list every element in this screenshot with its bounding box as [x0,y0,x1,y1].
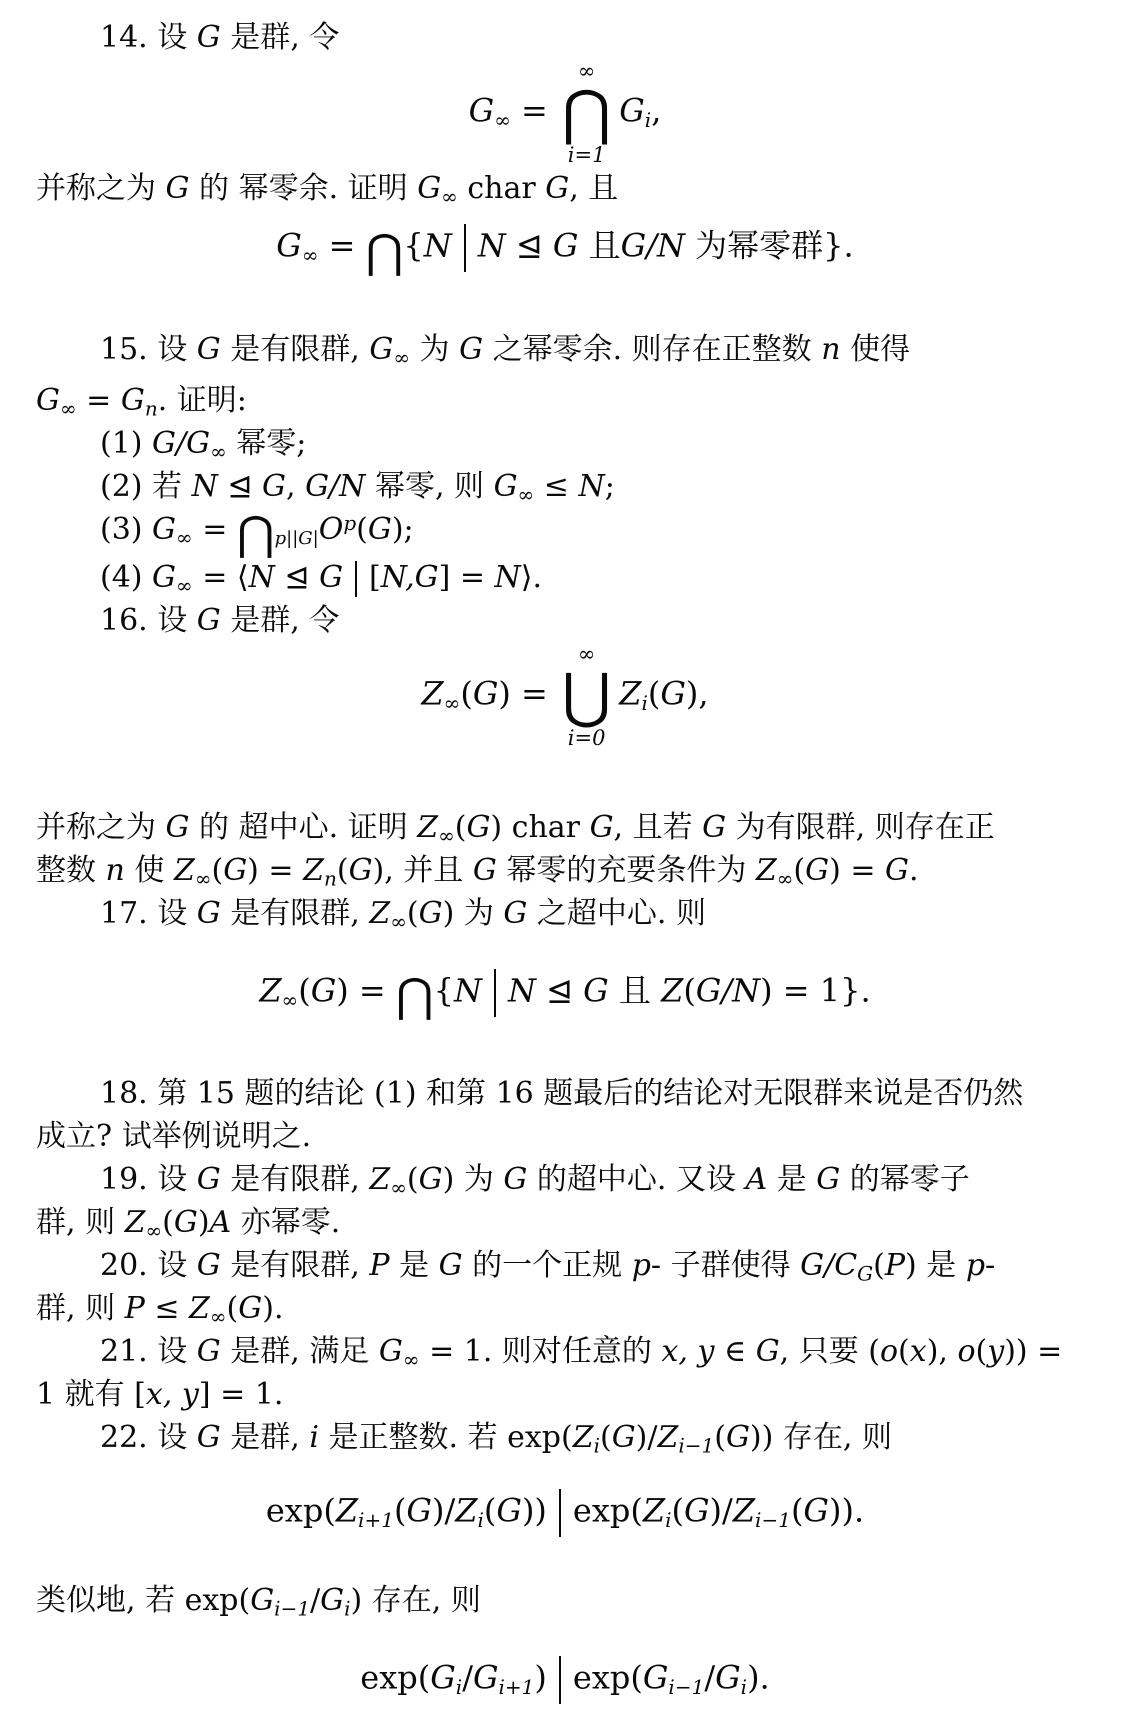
text-run: ( [600,1420,612,1455]
math-variable: G [545,171,569,206]
text-run: = 1. 则对任意的 [420,1334,662,1369]
math-variable: Z [657,1420,678,1455]
math-variable: N [478,227,506,265]
text-run: 使得 [841,332,911,367]
math-variable: G [197,603,221,638]
math-variable: N [249,560,275,595]
text-run: ) char [490,810,589,845]
math-variable: G [473,1659,499,1697]
text-run: . 证明: [158,383,247,418]
text-run: ) = [498,674,558,712]
math-variable: G [368,512,392,547]
text-run: ( [298,971,310,1009]
text-line: 类似地, 若 exp(Gi−1/Gi) 存在, 则 [36,1579,1094,1622]
math-variable: G [473,674,499,712]
text-run: ⊴ [506,227,553,265]
math-variable: G [174,1205,198,1240]
math-variable: G [417,171,441,206]
math-variable: G [223,853,247,888]
math-variable: G [276,227,302,265]
text-run: 成立? 试举例说明之. [36,1119,311,1154]
math-variable: G [379,1334,403,1369]
text-run: 20. 设 [100,1248,197,1283]
text-run: ) = [247,853,303,888]
math-variable: Z [174,853,195,888]
math-subscript: i−1 [755,1508,791,1532]
text-run: , 只要 ( [780,1334,880,1369]
math-variable: Z [421,674,443,712]
text-run: / [704,1659,715,1697]
math-variable: G [885,853,909,888]
math-variable: A [746,1162,768,1197]
text-run: exp( [573,1659,643,1697]
math-variable: Z [369,1162,390,1197]
text-run: ) = 1}. [760,971,871,1009]
n-ary-intersection-icon: ⋂ [237,506,275,560]
text-run: 21. 设 [100,1334,197,1369]
math-variable: G [583,971,609,1009]
text-run: (3) [100,512,152,547]
math-variable: G [238,1291,262,1326]
text-run: 是有限群, [221,1162,370,1197]
math-variable: G [473,853,497,888]
text-run: 群, 则 [36,1291,125,1326]
math-variable: Z [661,971,683,1009]
text-run: ( [648,674,660,712]
vertical-bar-divider [494,969,496,1017]
text-run: ) [534,1659,546,1697]
text-line: 21. 设 G 是群, 满足 G∞ = 1. 则对任意的 x, y ∈ G, 只… [36,1330,1094,1373]
text-line: (3) G∞ = ⋂p||G|Op(G); [36,508,1094,556]
big-operator: ∞⋃i=0 [562,642,611,750]
math-variable: G/C [800,1248,857,1283]
math-variable: G [805,853,829,888]
math-subscript: ∞ [176,573,193,597]
math-variable: G [166,171,190,206]
text-run: (2) 若 [100,469,192,504]
text-run: ( [672,1492,684,1530]
text-run: ), 并且 [373,853,473,888]
text-run: exp( [360,1659,430,1697]
math-variable: G [494,469,518,504]
math-subscript: i+1 [358,1508,394,1532]
text-run: 是有限群, [221,332,370,367]
text-run: )/ [710,1492,733,1530]
math-subscript: ∞ [210,1305,227,1329]
text-run: - 子群使得 [651,1248,800,1283]
math-variable: N,G [381,560,439,595]
text-line: 20. 设 G 是有限群, P 是 G 的一个正规 p- 子群使得 G/CG(P… [36,1244,1094,1287]
operator-lower-limit: i=0 [568,726,606,750]
text-run: ( [976,1334,988,1369]
math-variable: y [987,1334,1004,1369]
text-run: , [286,469,305,504]
text-run: ( [714,1420,726,1455]
math-subscript: i+1 [499,1675,535,1699]
text-run: )/ [432,1492,455,1530]
math-variable: G [619,92,645,130]
text-run: 为有限群, 则存在正 [726,810,995,845]
math-variable: G [349,853,373,888]
text-run: 是群, [221,1420,310,1455]
text-run: 使 [125,853,174,888]
math-variable: P [369,1248,389,1283]
math-variable: G [320,1583,344,1618]
math-variable: G [197,1162,221,1197]
text-run: 是正整数. 若 exp( [319,1420,573,1455]
text-run: / [462,1659,473,1697]
text-line: (4) G∞ = ⟨N ⊴ G[N,G] = N⟩. [36,556,1094,599]
math-subscript: ∞ [403,1348,420,1372]
math-variable: Z [455,1492,477,1530]
n-ary-intersection-icon: ⋂ [366,224,404,278]
text-run: 整数 [36,853,106,888]
text-run: ⊴ [218,469,262,504]
math-variable: x, y [146,1377,199,1412]
text-run: ( [162,1205,174,1240]
math-variable: Z [259,971,281,1009]
math-subscript: i−1 [668,1675,704,1699]
math-variable: N [424,227,452,265]
text-line: 16. 设 G 是群, 令 [36,599,1094,642]
text-run: ) 是 [905,1248,966,1283]
text-run: ) = [336,971,396,1009]
text-run: ( [460,674,472,712]
text-run: ). [747,1659,770,1697]
math-variable: o [957,1334,975,1369]
math-variable: i [309,1420,319,1455]
math-variable: G [684,1492,710,1530]
text-run: ⟩. [521,560,542,595]
text-run: 是群, 令 [221,20,340,55]
text-run: ) 存在, 则 [351,1583,481,1618]
text-run: 之幂零余. 则存在正整数 [483,332,821,367]
math-variable: G [406,1492,432,1530]
text-run: ( [683,971,695,1009]
math-variable: G [459,332,483,367]
math-variable: G [197,1420,221,1455]
text-line: 整数 n 使 Z∞(G) = Zn(G), 并且 G 幂零的充要条件为 Z∞(G… [36,849,1094,892]
math-subscript: n [145,396,158,420]
document-body: 14. 设 G 是群, 令G∞ = ∞⋂i=1Gi,并称之为 G 的 幂零余. … [0,0,1124,1708]
text-run: 且 [609,971,661,1009]
math-variable: G [439,1248,463,1283]
text-run: exp( [573,1492,643,1530]
text-run: ), [927,1334,958,1369]
math-variable: G [197,332,221,367]
text-run: 22. 设 [100,1420,197,1455]
math-variable: Z [733,1492,755,1530]
text-run: 的一个正规 [463,1248,632,1283]
math-variable: G [369,332,393,367]
text-run: ( [873,1248,885,1283]
math-variable: G [466,810,490,845]
text-run: ). [262,1291,283,1326]
math-variable: G [197,1334,221,1369]
math-variable: N [578,469,604,504]
math-subscript: ∞ [145,1219,162,1243]
math-variable: G [702,810,726,845]
formula-line: Z∞(G) = ∞⋃i=0Zi(G), [36,642,1094,750]
text-run: 是群, 满足 [221,1334,379,1369]
math-variable: G [319,560,343,595]
text-run: 是有限群, [221,1248,370,1283]
math-variable: n [106,853,125,888]
text-run: = [77,383,121,418]
text-run: 是 [767,1162,816,1197]
text-run: (1) [100,426,152,461]
text-run: { [434,971,454,1009]
math-variable: N [454,971,482,1009]
text-run: ( [356,512,368,547]
math-variable: G [553,227,579,265]
text-run: 是群, 令 [221,603,340,638]
text-run: 且 [578,227,620,265]
math-subscript: n [324,866,337,890]
text-run: ⊴ [536,971,583,1009]
text-run: 是有限群, [221,896,370,931]
math-variable: G [590,810,614,845]
math-subscript: ∞ [282,988,299,1012]
text-line: 18. 第 15 题的结论 (1) 和第 16 题最后的结论对无限群来说是否仍然 [36,1072,1094,1115]
text-run: ( [227,1291,239,1326]
text-run: ⊴ [275,560,319,595]
text-run: 的 超中心. 证明 [190,810,418,845]
text-run: ] = [439,560,495,595]
n-ary-intersection-icon: ⋂ [562,83,611,143]
n-ary-union-icon: ⋃ [562,666,611,726]
text-run: ) = [829,853,885,888]
text-run: 1 就有 [ [36,1377,146,1412]
operator-lower-limit: i=1 [568,143,606,167]
text-line: 1 就有 [x, y] = 1. [36,1373,1094,1416]
text-run: = [193,512,237,547]
text-run: 的 幂零余. 证明 [190,171,418,206]
big-operator: ∞⋂i=1 [562,59,611,167]
formula-line: exp(Zi+1(G)/Zi(G))exp(Zi(G)/Zi−1(G)). [36,1485,1094,1541]
math-variable: x, y [661,1334,714,1369]
math-variable: G [197,20,221,55]
math-variable: G [197,1248,221,1283]
text-line: 19. 设 G 是有限群, Z∞(G) 为 G 的超中心. 又设 A 是 G 的… [36,1158,1094,1201]
math-variable: Z [303,853,324,888]
text-run: 的幂零子 [840,1162,970,1197]
math-variable: G [419,896,443,931]
math-variable: G [612,1420,636,1455]
math-subscript: ∞ [60,396,77,420]
text-run: ) [198,1205,210,1240]
math-variable: G [166,810,190,845]
math-subscript: G [857,1262,873,1286]
operator-subscript: p||G| [275,528,319,549]
math-variable: N [508,971,536,1009]
formula-line: Z∞(G) = ⋂{NN ⊴ G 且 Z(G/N) = 1}. [36,955,1094,1033]
text-run: ( [898,1334,910,1369]
math-variable: Z [573,1420,594,1455]
text-run: char [458,171,545,206]
text-run: = [319,227,366,265]
math-variable: o [880,1334,898,1369]
text-run: ); [392,512,414,547]
text-run: = [511,92,558,130]
text-line: (2) 若 N ⊴ G, G/N 幂零, 则 G∞ ≤ N; [36,465,1094,508]
math-subscript: ∞ [195,866,212,890]
text-run: ( [407,1162,419,1197]
text-run: 并称之为 [36,171,166,206]
text-run: ) 为 [443,1162,504,1197]
math-variable: n [821,332,840,367]
vertical-bar-divider [559,1656,561,1704]
text-line: 并称之为 G 的 幂零余. 证明 G∞ char G, 且 [36,167,1094,210]
math-subscript: ∞ [302,243,319,267]
math-variable: Z [369,896,390,931]
math-variable: P [125,1291,145,1326]
math-variable: G [503,1162,527,1197]
math-variable: G [250,1583,274,1618]
text-run: )). [829,1492,864,1530]
text-run: ( [211,853,223,888]
text-run: ( [407,896,419,931]
text-run: 群, 则 [36,1205,125,1240]
math-variable: G [726,1420,750,1455]
math-variable: G/N [305,469,365,504]
big-operator-inline: ⋂ [366,227,404,265]
math-variable: Z [189,1291,210,1326]
math-variable: P [885,1248,905,1283]
math-subscript: ∞ [518,482,535,506]
math-variable: G [756,1334,780,1369]
formula-line: exp(Gi/Gi+1)exp(Gi−1/Gi). [36,1652,1094,1708]
math-variable: G [715,1659,741,1697]
math-subscript: ∞ [390,1176,407,1200]
text-run: ≤ [534,469,578,504]
math-variable: G [121,383,145,418]
text-run: , [651,92,661,130]
math-variable: G [430,1659,456,1697]
math-variable: G [643,1659,669,1697]
vertical-bar-divider [559,1489,561,1537]
text-run: 之超中心. 则 [527,896,706,931]
text-run: 17. 设 [100,896,197,931]
text-run: 18. 第 15 题的结论 (1) 和第 16 题最后的结论对无限群来说是否仍然 [100,1076,1023,1111]
math-variable: G [419,1162,443,1197]
math-variable: p [966,1248,985,1283]
text-line: 17. 设 G 是有限群, Z∞(G) 为 G 之超中心. 则 [36,892,1094,935]
text-line: 群, 则 Z∞(G)A 亦幂零. [36,1201,1094,1244]
math-variable: G [311,971,337,1009]
text-run: ), [686,674,709,712]
text-run: 并称之为 [36,810,166,845]
math-subscript: ∞ [390,909,407,933]
text-run: { [403,227,423,265]
vertical-bar-divider [464,224,466,272]
text-run: [ [369,560,381,595]
math-subscript: ∞ [444,691,461,715]
math-superscript: p [343,511,356,535]
text-line: 并称之为 G 的 超中心. 证明 Z∞(G) char G, 且若 G 为有限群… [36,806,1094,849]
text-run: = ⟨ [193,560,249,595]
text-run: ; [605,469,615,504]
text-run: (4) [100,560,152,595]
text-run: 类似地, 若 exp( [36,1583,250,1618]
math-variable: A [210,1205,232,1240]
math-variable: p [632,1248,651,1283]
math-variable: Z [756,853,777,888]
text-run: ∈ [714,1334,755,1369]
math-variable: O [319,512,344,547]
math-variable: x [910,1334,927,1369]
math-variable: Z [417,810,438,845]
text-run: ( [484,1492,496,1530]
text-line: 群, 则 P ≤ Z∞(G). [36,1287,1094,1330]
math-variable: Z [125,1205,146,1240]
text-line: 15. 设 G 是有限群, G∞ 为 G 之幂零余. 则存在正整数 n 使得 [36,328,1094,371]
math-variable: G/N [696,971,760,1009]
text-line: 14. 设 G 是群, 令 [36,16,1094,59]
formula-line: G∞ = ⋂{NN ⊴ G 且G/N 为幂零群}. [36,210,1094,288]
math-subscript: ∞ [494,108,511,132]
math-variable: Z [619,674,641,712]
text-run: ( [791,1492,803,1530]
text-run: 14. 设 [100,20,197,55]
text-run: . [909,853,919,888]
text-run: 幂零的充要条件为 [497,853,756,888]
math-variable: Z [336,1492,358,1530]
math-subscript: ∞ [438,823,455,847]
math-variable: G [469,92,495,130]
text-run: 的超中心. 又设 [527,1162,745,1197]
text-run: ≤ [145,1291,189,1326]
math-subscript: i−1 [274,1597,310,1621]
text-line: G∞ = Gn. 证明: [36,379,1094,422]
text-run: 是 [390,1248,439,1283]
text-run: ( [394,1492,406,1530]
text-run: - [985,1248,995,1283]
text-run: )) 存在, 则 [750,1420,892,1455]
text-run: ( [455,810,467,845]
math-variable: G [816,1162,840,1197]
math-variable: G/G [152,426,210,461]
math-subscript: ∞ [176,525,193,549]
big-operator-inline: ⋂p||G| [237,512,319,547]
text-run: )/ [636,1420,658,1455]
math-variable: G [660,674,686,712]
math-variable: N [192,469,218,504]
page: { "document": { "colors": { "background"… [0,0,1124,1720]
math-variable: N [495,560,521,595]
text-run: exp( [266,1492,336,1530]
math-variable: G [262,469,286,504]
text-run: 亦幂零. [231,1205,340,1240]
text-run: ) 为 [443,896,504,931]
vertical-bar-divider [355,561,357,597]
math-variable: G [152,560,176,595]
text-run: 为幂零群}. [685,227,854,265]
text-run: , 且 [569,171,618,206]
text-run: )) = [1004,1334,1062,1369]
text-run: 为 [410,332,459,367]
math-variable: G [496,1492,522,1530]
text-line: (1) G/G∞ 幂零; [36,422,1094,465]
n-ary-intersection-icon: ⋂ [396,968,434,1022]
text-run: ( [793,853,805,888]
text-run: , 且若 [614,810,703,845]
math-variable: Z [643,1492,665,1530]
math-subscript: ∞ [777,866,794,890]
math-variable: G [197,896,221,931]
formula-line: G∞ = ∞⋂i=1Gi, [36,59,1094,167]
math-variable: G [503,896,527,931]
